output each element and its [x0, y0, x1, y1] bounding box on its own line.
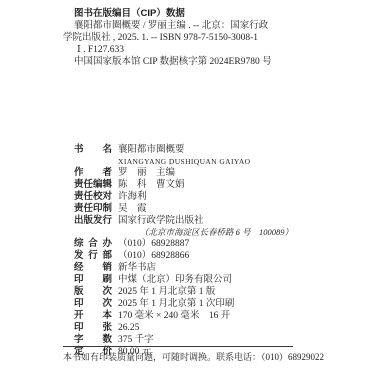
table-row-printer: 印刷 中煤（北京）印务有限公司 [63, 274, 353, 286]
row-label: 责任印制 [74, 203, 112, 214]
table-row-publisher-address: （北京市海淀区长春桥路 6 号 100089） [63, 227, 353, 238]
row-value: 2025 年 1 月北京第 1 次印刷 [118, 299, 234, 310]
table-row-distributor: 经销 新华书店 [63, 262, 353, 274]
row-value: 中煤（北京）印务有限公司 [118, 275, 232, 286]
row-label: 版次 [74, 286, 112, 297]
row-value: 国家行政学院出版社 [118, 216, 204, 227]
table-row-format: 开本 170 毫米 × 240 毫米 16 开 [63, 310, 353, 322]
row-label: 印刷 [74, 274, 112, 285]
row-value: （北京市海淀区长春桥路 6 号 100089） [140, 227, 293, 238]
table-row-book-title: 书名 襄阳都市圈概要 [63, 144, 353, 156]
cip-line: 中国国家版本馆 CIP 数据核字第 2024ER9780 号 [74, 56, 325, 68]
row-label: 书名 [74, 144, 112, 155]
table-row-print-supervisor: 责任印制 吴 霞 [63, 203, 353, 215]
row-label: 印次 [74, 298, 112, 309]
table-row-edition: 版次 2025 年 1 月北京第 1 版 [63, 286, 353, 298]
row-value: 2025 年 1 月北京第 1 版 [118, 287, 215, 298]
row-label: 印张 [74, 322, 112, 333]
cip-block: 图书在版编目（CIP）数据 襄阳都市圈概要 / 罗丽主编 . -- 北京：国家行… [63, 8, 325, 68]
colophon-table: 书名 襄阳都市圈概要 XIANGYANG DUSHIQUAN GAIYAO 作者… [63, 144, 353, 358]
row-label: 责任校对 [74, 191, 112, 202]
table-row-general-office-phone: 综合办 （010）68928887 [63, 238, 353, 250]
row-value: （010）68928866 [118, 251, 189, 262]
table-row-sheets: 印张 26.25 [63, 322, 353, 334]
row-value: 陈 科 曹文娟 [118, 180, 185, 191]
row-value: 吴 霞 [118, 204, 147, 215]
row-label: 发行部 [74, 250, 112, 261]
table-row-editor: 责任编辑 陈 科 曹文娟 [63, 179, 353, 191]
row-value: 新华书店 [118, 263, 156, 274]
row-value: 375 千字 [118, 335, 154, 346]
cip-heading: 图书在版编目（CIP）数据 [74, 8, 325, 20]
row-label: 出版发行 [74, 215, 112, 226]
table-row-publisher: 出版发行 国家行政学院出版社 [63, 215, 353, 227]
table-row-pinyin: XIANGYANG DUSHIQUAN GAIYAO [63, 156, 353, 167]
row-label: 综合办 [74, 238, 112, 249]
quality-notice: 本书如有印装质量问题，可随时调换。联系电话：（010）68929022 [63, 352, 363, 363]
row-label: 经销 [74, 262, 112, 273]
row-label: 字数 [74, 334, 112, 345]
table-row-impression: 印次 2025 年 1 月北京第 1 次印刷 [63, 298, 353, 310]
row-value: XIANGYANG DUSHIQUAN GAIYAO [118, 156, 250, 167]
footer-divider [63, 346, 293, 347]
row-label: 作者 [74, 167, 112, 178]
cip-line: Ⅰ . F127.633 [77, 44, 325, 56]
row-value: （010）68928887 [118, 239, 189, 250]
row-value: 许海利 [118, 192, 147, 203]
row-label: 开本 [74, 310, 112, 321]
row-value: 26.25 [118, 323, 139, 334]
row-value: 襄阳都市圈概要 [118, 145, 185, 156]
row-value: 罗 丽 主编 [118, 168, 175, 179]
table-row-distribution-phone: 发行部 （010）68928866 [63, 250, 353, 262]
row-label: 责任编辑 [74, 179, 112, 190]
table-row-word-count: 字数 375 千字 [63, 334, 353, 346]
table-row-proofreader: 责任校对 许海利 [63, 191, 353, 203]
cip-line: 学院出版社 , 2025. 1. -- ISBN 978-7-5150-3008… [63, 32, 325, 44]
copyright-page: 图书在版编目（CIP）数据 襄阳都市圈概要 / 罗丽主编 . -- 北京：国家行… [0, 0, 375, 375]
cip-line: 襄阳都市圈概要 / 罗丽主编 . -- 北京：国家行政 [74, 20, 325, 32]
table-row-author: 作者 罗 丽 主编 [63, 167, 353, 179]
row-value: 170 毫米 × 240 毫米 16 开 [118, 311, 230, 322]
